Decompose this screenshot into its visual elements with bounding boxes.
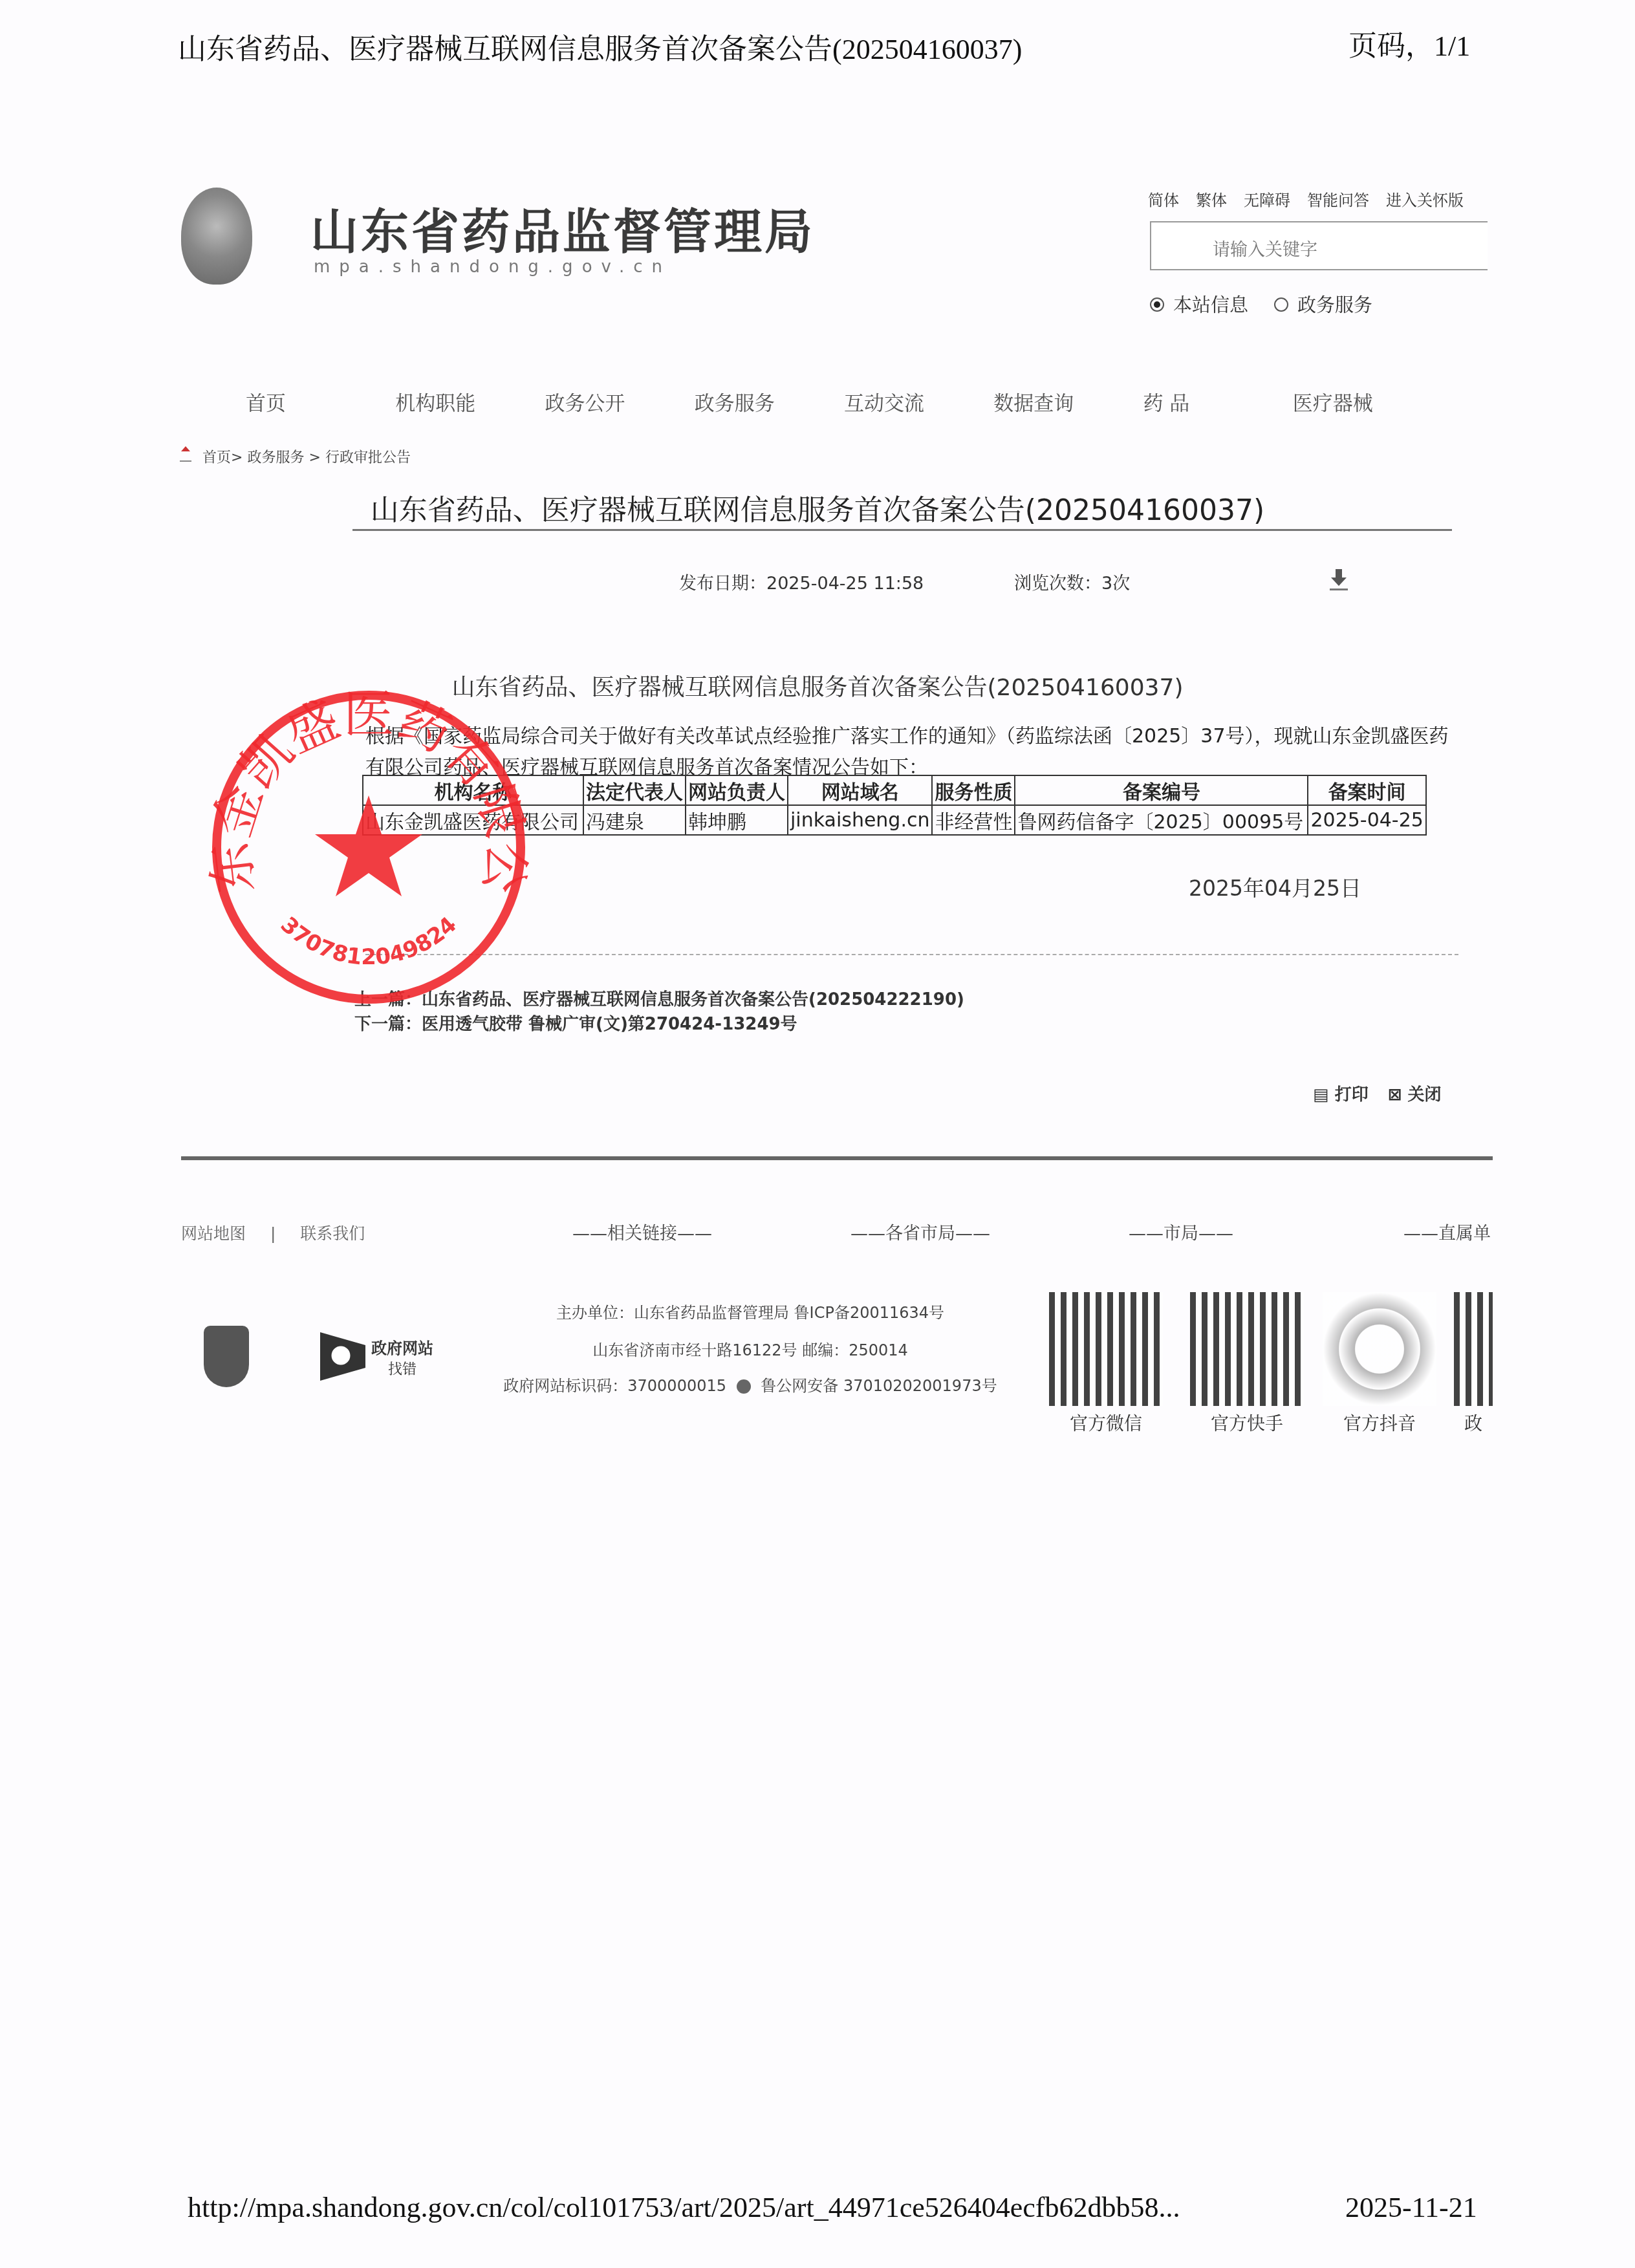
print-button[interactable]: ▤ 打印 — [1313, 1081, 1369, 1105]
printer-icon: ▤ — [1313, 1085, 1335, 1105]
site-name[interactable]: 山东省药品监督管理局 — [310, 194, 815, 263]
top-links: 简体 繁体 无障碍 智能问答 进入关怀版 — [1148, 188, 1464, 210]
announcement-date: 2025年04月25日 — [1189, 872, 1361, 902]
sponsor-info: 主办单位：山东省药品监督管理局 鲁ICP备20011634号 — [492, 1300, 1009, 1323]
link-simplified[interactable]: 简体 — [1148, 188, 1179, 210]
douyin-qr-icon — [1323, 1292, 1436, 1406]
breadcrumb-gov-service[interactable]: 政务服务 — [247, 449, 304, 466]
search-scope: 本站信息 政务服务 — [1150, 291, 1372, 318]
breadcrumb-approval[interactable]: 行政审批公告 — [325, 449, 411, 466]
next-article-link[interactable]: 下一篇：医用透气胶带 鲁械广审(文)第270424-13249号 — [354, 1011, 797, 1035]
link-smart-qa[interactable]: 智能问答 — [1307, 188, 1369, 210]
link-accessibility[interactable]: 无障碍 — [1244, 188, 1290, 210]
footer-links: 网站地图 | 联系我们 — [181, 1221, 365, 1244]
kuaishou-label: 官方快手 — [1190, 1410, 1304, 1436]
nav-gov-service[interactable]: 政务服务 — [695, 387, 844, 416]
print-footer-date: 2025-11-21 — [1345, 2191, 1477, 2224]
site-code-info: 政府网站标识码：3700000015 鲁公网安备 37010202001973号 — [492, 1373, 1009, 1396]
national-emblem-icon — [181, 188, 252, 285]
nav-devices[interactable]: 医疗器械 — [1293, 387, 1442, 416]
company-seal: 山东金凯盛医药有限公司 3707812049824 — [207, 686, 530, 1009]
wechat-qr-icon — [1049, 1292, 1163, 1406]
search-input[interactable]: 请输入关键字 — [1150, 221, 1488, 270]
radio-selected-icon — [1150, 297, 1164, 312]
provincial-bureaus-select[interactable]: ——各省市局—— — [850, 1219, 990, 1244]
nav-drugs[interactable]: 药 品 — [1143, 387, 1293, 416]
breadcrumb-home[interactable]: 首页 — [202, 449, 231, 466]
svg-text:3707812049824: 3707812049824 — [276, 912, 462, 970]
douyin-label: 官方抖音 — [1323, 1410, 1436, 1436]
nav-data-query[interactable]: 数据查询 — [993, 387, 1143, 416]
gov-site-error-badge[interactable]: 政府网站 找错 — [320, 1332, 433, 1381]
home-icon — [180, 451, 191, 462]
gov-label: 政 — [1454, 1410, 1493, 1436]
affiliated-units-select[interactable]: ——直属单 — [1403, 1219, 1491, 1244]
title-divider — [352, 529, 1452, 531]
main-nav: 首页 机构职能 政务公开 政务服务 互动交流 数据查询 药 品 医疗器械 — [246, 387, 1442, 416]
search-placeholder: 请输入关键字 — [1213, 235, 1317, 261]
breadcrumb: 首页> 政务服务 > 行政审批公告 — [180, 446, 411, 466]
police-badge-icon — [737, 1379, 751, 1394]
address-info: 山东省济南市经十路16122号 邮编：250014 — [492, 1337, 1009, 1360]
link-traditional[interactable]: 繁体 — [1196, 188, 1227, 210]
nav-home[interactable]: 首页 — [246, 387, 395, 416]
download-icon[interactable] — [1329, 569, 1348, 591]
nav-interaction[interactable]: 互动交流 — [844, 387, 993, 416]
magnifier-icon — [320, 1332, 365, 1381]
nav-gov-open[interactable]: 政务公开 — [545, 387, 695, 416]
publish-date: 发布日期：2025-04-25 11:58 — [679, 569, 924, 594]
nav-organization[interactable]: 机构职能 — [395, 387, 545, 416]
print-header-page: 页码，1/1 — [1348, 23, 1470, 64]
city-bureaus-select[interactable]: ——市局—— — [1129, 1219, 1233, 1244]
contact-link[interactable]: 联系我们 — [300, 1224, 365, 1243]
footer-divider — [181, 1156, 1493, 1160]
article-actions: ▤ 打印 ⊠ 关闭 — [1313, 1081, 1442, 1105]
related-links-select[interactable]: ——相关链接—— — [572, 1219, 712, 1244]
link-care-version[interactable]: 进入关怀版 — [1386, 188, 1464, 210]
article-title: 山东省药品、医疗器械互联网信息服务首次备案公告(202504160037) — [0, 487, 1635, 528]
gov-qr-icon — [1454, 1292, 1493, 1406]
sitemap-link[interactable]: 网站地图 — [181, 1224, 246, 1243]
radio-gov-service[interactable]: 政务服务 — [1274, 291, 1372, 318]
police-record-link[interactable]: 鲁公网安备 37010202001973号 — [761, 1377, 997, 1395]
party-gov-badge-icon[interactable] — [204, 1326, 249, 1387]
radio-site-info[interactable]: 本站信息 — [1150, 291, 1248, 318]
kuaishou-qr-icon — [1190, 1292, 1304, 1406]
view-count: 浏览次数：3次 — [1014, 569, 1130, 594]
close-button[interactable]: ⊠ 关闭 — [1388, 1081, 1442, 1105]
wechat-label: 官方微信 — [1049, 1410, 1163, 1436]
site-domain: mpa.shandong.gov.cn — [314, 257, 671, 277]
print-header-title: 山东省药品、医疗器械互联网信息服务首次备案公告(202504160037) — [178, 26, 1022, 67]
close-icon: ⊠ — [1388, 1085, 1408, 1105]
radio-unselected-icon — [1274, 297, 1288, 312]
print-footer-url: http://mpa.shandong.gov.cn/col/col101753… — [188, 2191, 1180, 2224]
